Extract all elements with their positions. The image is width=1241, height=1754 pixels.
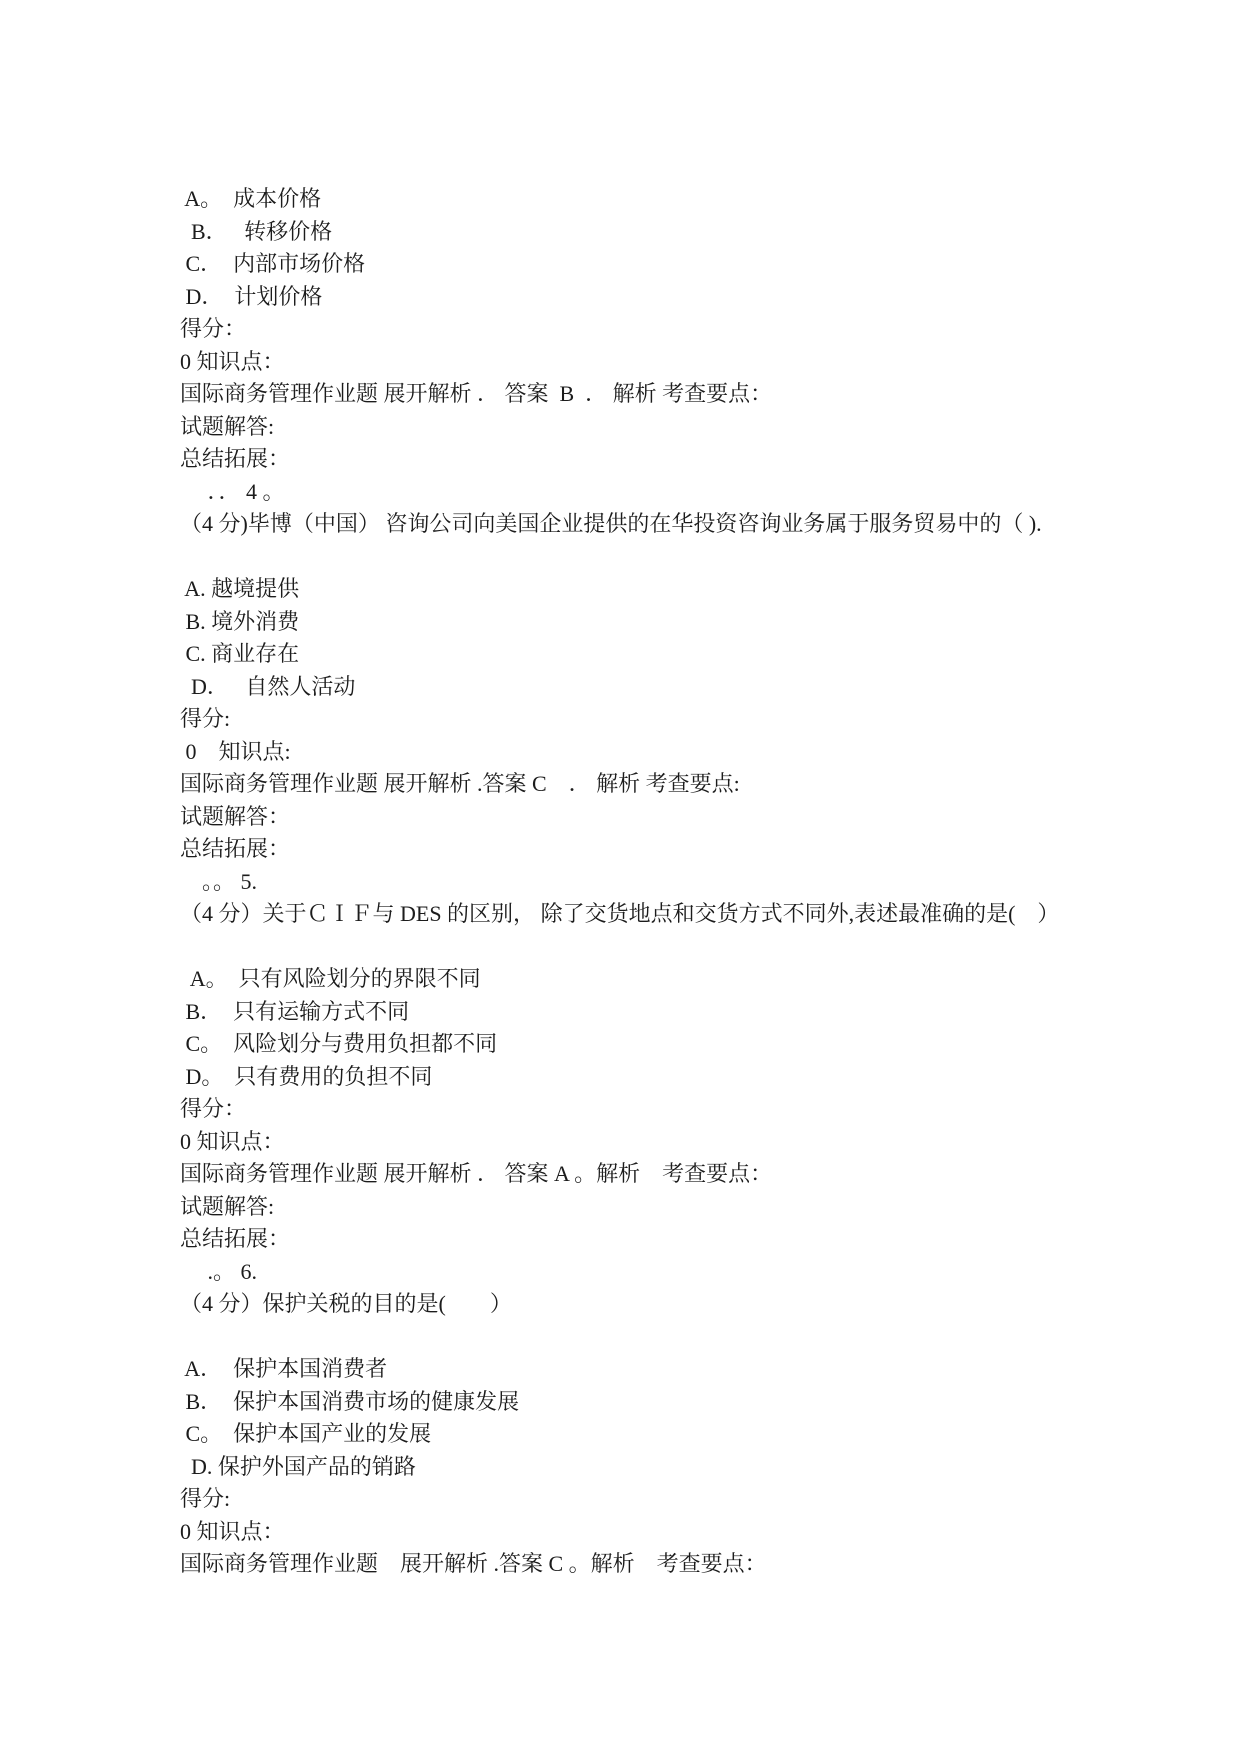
- question-number-line: 。。 5.: [180, 866, 1190, 899]
- meta-answer-line: 试题解答:: [180, 411, 1190, 444]
- question-line: （4 分)毕博（中国） 咨询公司向美国企业提供的在华投资咨询业务属于服务贸易中的…: [180, 508, 1190, 541]
- blank-line: [180, 1321, 1190, 1354]
- meta-knowledge-line: 0 知识点：: [180, 346, 1190, 379]
- option-line: A。 成本价格: [180, 183, 1190, 216]
- question-line: （4 分）关于ＣＩＦ与 DES 的区别， 除了交货地点和交货方式不同外,表述最准…: [180, 898, 1190, 931]
- option-line: D。 只有费用的负担不同: [180, 1061, 1190, 1094]
- option-line: D． 自然人活动: [180, 671, 1190, 704]
- document-content: A。 成本价格 B． 转移价格 C． 内部市场价格 D． 计划价格得分：0 知识…: [180, 183, 1190, 1581]
- option-line: C. 商业存在: [180, 638, 1190, 671]
- question-number-line: .。 6.: [180, 1256, 1190, 1289]
- meta-score-line: 得分:: [180, 703, 1190, 736]
- blank-line: [180, 931, 1190, 964]
- meta-knowledge-line: 0 知识点：: [180, 1516, 1190, 1549]
- meta-analysis-line: 国际商务管理作业题 展开解析 ． 答案 B ． 解析 考查要点：: [180, 378, 1190, 411]
- meta-knowledge-line: 0 知识点:: [180, 736, 1190, 769]
- option-line: C。 保护本国产业的发展: [180, 1418, 1190, 1451]
- blank-line: [180, 541, 1190, 574]
- option-line: A. 越境提供: [180, 573, 1190, 606]
- meta-analysis-line: 国际商务管理作业题 展开解析 ． 答案 A 。解析 考查要点：: [180, 1158, 1190, 1191]
- question-line: （4 分）保护关税的目的是( ）: [180, 1288, 1190, 1321]
- meta-score-line: 得分：: [180, 1093, 1190, 1126]
- meta-analysis-line: 国际商务管理作业题 展开解析 .答案 C ． 解析 考查要点:: [180, 768, 1190, 801]
- meta-answer-line: 试题解答：: [180, 801, 1190, 834]
- option-line: B． 只有运输方式不同: [180, 996, 1190, 1029]
- option-line: B． 保护本国消费市场的健康发展: [180, 1386, 1190, 1419]
- meta-summary-line: 总结拓展：: [180, 833, 1190, 866]
- meta-answer-line: 试题解答:: [180, 1191, 1190, 1224]
- meta-score-line: 得分：: [180, 313, 1190, 346]
- meta-analysis-line: 国际商务管理作业题 展开解析 .答案 C 。解析 考查要点：: [180, 1548, 1190, 1581]
- meta-summary-line: 总结拓展：: [180, 443, 1190, 476]
- meta-summary-line: 总结拓展：: [180, 1223, 1190, 1256]
- meta-knowledge-line: 0 知识点：: [180, 1126, 1190, 1159]
- option-line: B. 境外消费: [180, 606, 1190, 639]
- option-line: B． 转移价格: [180, 216, 1190, 249]
- option-line: D． 计划价格: [180, 281, 1190, 314]
- meta-score-line: 得分:: [180, 1483, 1190, 1516]
- option-line: A． 保护本国消费者: [180, 1353, 1190, 1386]
- question-number-line: ．． 4 。: [180, 476, 1190, 509]
- option-line: C。 风险划分与费用负担都不同: [180, 1028, 1190, 1061]
- option-line: D. 保护外国产品的销路: [180, 1451, 1190, 1484]
- document-page: A。 成本价格 B． 转移价格 C． 内部市场价格 D． 计划价格得分：0 知识…: [0, 0, 1241, 1754]
- option-line: A。 只有风险划分的界限不同: [180, 963, 1190, 996]
- option-line: C． 内部市场价格: [180, 248, 1190, 281]
